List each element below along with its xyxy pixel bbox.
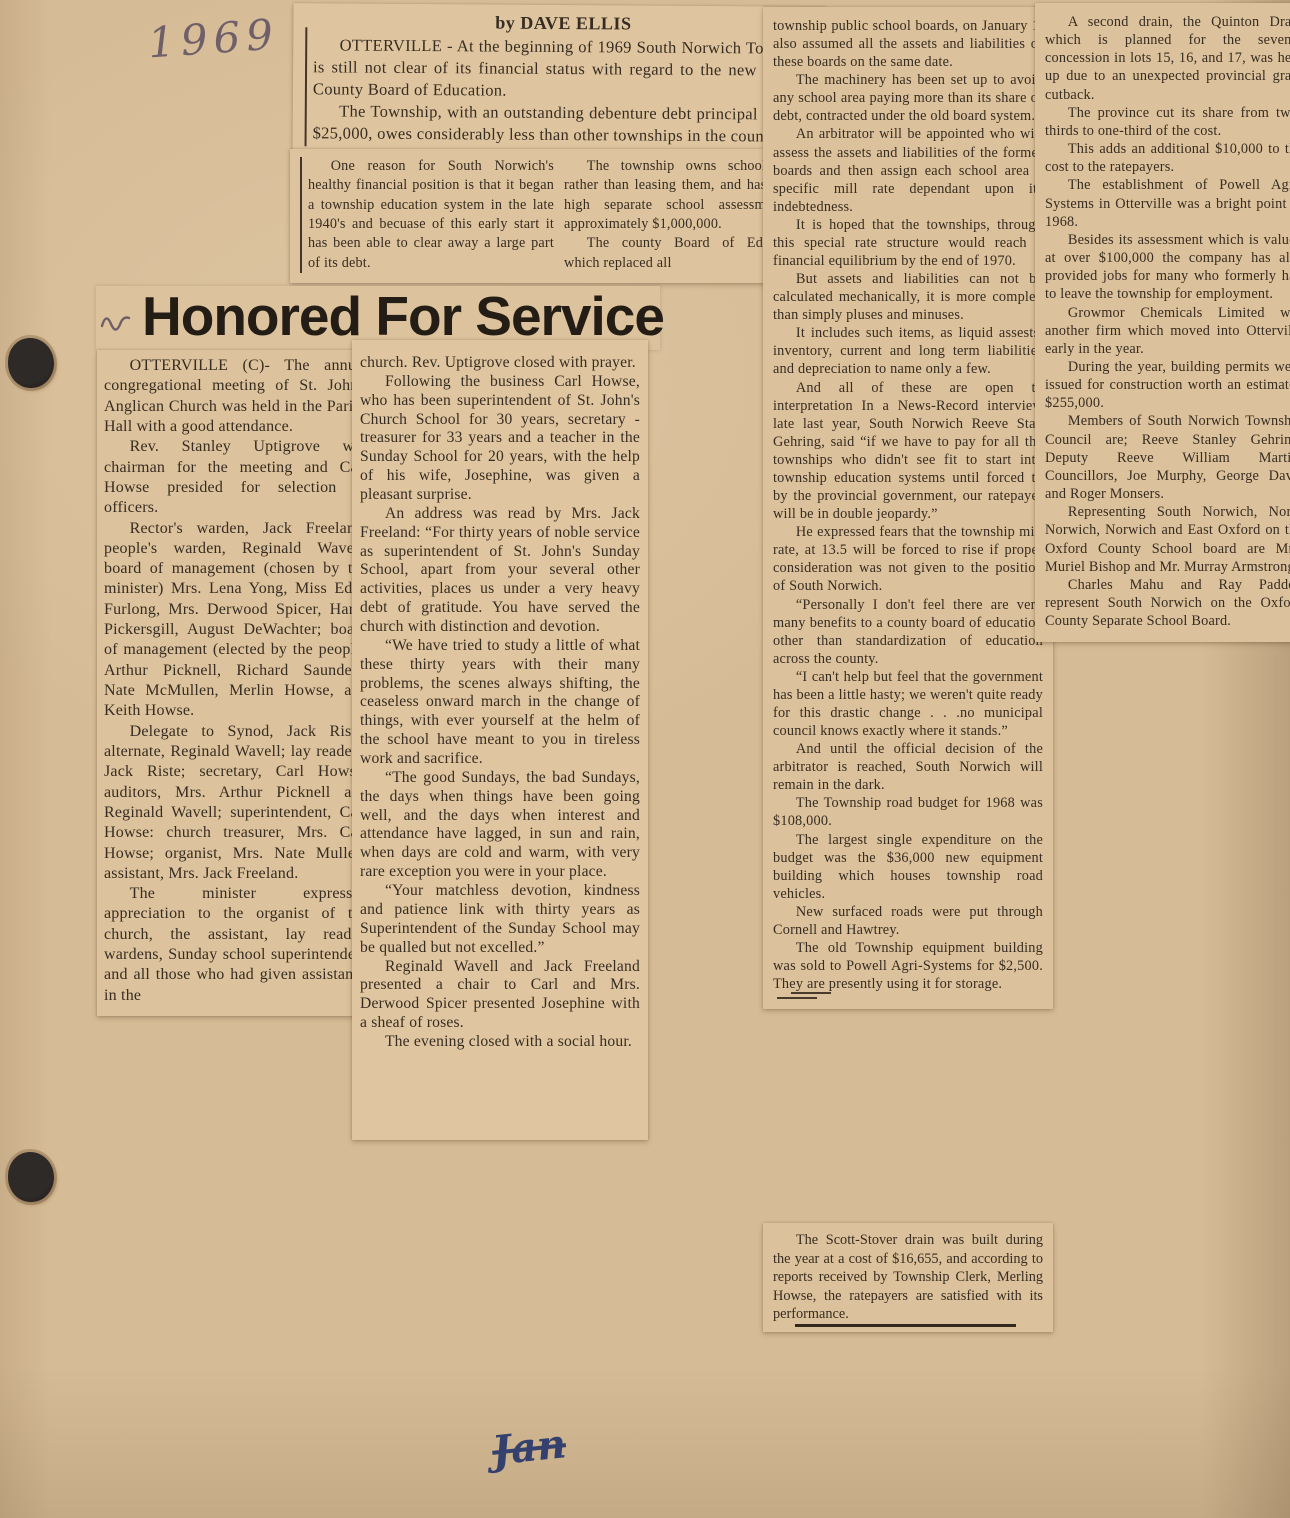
- column-rule: [305, 27, 308, 146]
- hole-punch-top: [8, 338, 54, 388]
- paragraph: A second drain, the Quinton Drain which …: [1045, 13, 1290, 104]
- hole-punch-bottom: [8, 1152, 54, 1202]
- pen-dash-marks: [777, 997, 817, 999]
- clipping-honored-col1: OTTERVILLE (C)- The annual congregationa…: [97, 350, 375, 1016]
- paragraph: Representing South Norwich, North Norwic…: [1045, 503, 1290, 576]
- clipping-township-col4: A second drain, the Quinton Drain which …: [1035, 3, 1290, 642]
- handwritten-year: 1969: [146, 9, 280, 67]
- paragraph: “I can't help but feel that the governme…: [773, 668, 1043, 740]
- paragraph: The establishment of Powell Agri-Systems…: [1045, 176, 1290, 230]
- paragraph: “We have tried to study a little of what…: [360, 637, 640, 769]
- paragraph: OTTERVILLE - At the beginning of 1969 So…: [313, 34, 813, 103]
- paragraph: Reginald Wavell and Jack Freeland presen…: [360, 958, 640, 1033]
- paragraph: The evening closed with a social hour.: [360, 1033, 640, 1052]
- paragraph: But assets and liabilities can not be ca…: [773, 270, 1043, 324]
- clipping-honored-col2: church. Rev. Uptigrove closed with praye…: [352, 340, 648, 1140]
- clipping-township-intro: by DAVE ELLIS OTTERVILLE - At the beginn…: [292, 3, 825, 155]
- paragraph: The Township road budget for 1968 was $1…: [773, 794, 1043, 830]
- paragraph: church. Rev. Uptigrove closed with praye…: [360, 354, 640, 373]
- scrapbook-page: 1969 by DAVE ELLIS OTTERVILLE - At the b…: [0, 0, 1290, 1518]
- paragraph: Charles Mahu and Ray Paddon represent So…: [1045, 576, 1290, 630]
- column-left: One reason for South Norwich's healthy f…: [308, 157, 554, 273]
- article-headline: Honored For Service: [106, 288, 654, 346]
- handwritten-month: Jan: [490, 1420, 568, 1474]
- paragraph: The machinery has been set up to avoid a…: [773, 71, 1043, 125]
- byline: by DAVE ELLIS: [313, 11, 813, 35]
- paragraph: The minister expressed appreciation to t…: [104, 884, 368, 1006]
- paragraph: The largest single expenditure on the bu…: [773, 831, 1043, 903]
- paragraph: New surfaced roads were put through Corn…: [773, 903, 1043, 939]
- paragraph: This adds an additional $10,000 to the c…: [1045, 140, 1290, 176]
- pen-squiggle-icon: [98, 302, 138, 338]
- paragraph: And until the official decision of the a…: [773, 740, 1043, 794]
- paragraph: “The good Sundays, the bad Sundays, the …: [360, 769, 640, 882]
- paragraph: OTTERVILLE (C)- The annual congregationa…: [104, 356, 368, 437]
- clipping-scott-stover: The Scott-Stover drain was built during …: [763, 1223, 1053, 1332]
- paragraph: Growmor Chemicals Limited was another fi…: [1045, 304, 1290, 358]
- paragraph: Rev. Stanley Uptigrove was chairman for …: [104, 437, 368, 518]
- paragraph: Following the business Carl Howse, who h…: [360, 373, 640, 505]
- paragraph: Besides its assessment which is valued a…: [1045, 231, 1290, 304]
- paragraph: Members of South Norwich Township Counci…: [1045, 412, 1290, 503]
- paragraph: Delegate to Synod, Jack Riste; alternate…: [104, 722, 368, 885]
- clipping-township-col3: township public school boards, on Januar…: [763, 7, 1053, 1009]
- paragraph: The Township, with an outstanding debent…: [313, 100, 813, 147]
- paragraph: He expressed fears that the township mil…: [773, 523, 1043, 595]
- paragraph: It is hoped that the townships, through …: [773, 216, 1043, 270]
- paragraph: During the year, building permits were i…: [1045, 358, 1290, 412]
- paragraph: The province cut its share from two-thir…: [1045, 104, 1290, 140]
- paragraph: township public school boards, on Januar…: [773, 17, 1043, 71]
- paragraph: Rector's warden, Jack Freeland; people's…: [104, 519, 368, 722]
- paragraph: An address was read by Mrs. Jack Freelan…: [360, 505, 640, 637]
- paragraph: An arbitrator will be appointed who will…: [773, 125, 1043, 215]
- paragraph: One reason for South Norwich's healthy f…: [308, 157, 554, 273]
- paragraph: The Scott-Stover drain was built during …: [773, 1231, 1043, 1324]
- paragraph: It includes such items, as liquid assest…: [773, 324, 1043, 378]
- ink-underline: [795, 1324, 1016, 1327]
- paragraph: The old Township equipment building was …: [773, 939, 1043, 993]
- paragraph: And all of these are open to interpretat…: [773, 379, 1043, 524]
- paragraph: “Personally I don't feel there are very …: [773, 596, 1043, 668]
- column-rule: [300, 157, 302, 273]
- paragraph: “Your matchless devotion, kindness and p…: [360, 882, 640, 957]
- clipping-township-reasons: One reason for South Norwich's healthy f…: [290, 149, 818, 283]
